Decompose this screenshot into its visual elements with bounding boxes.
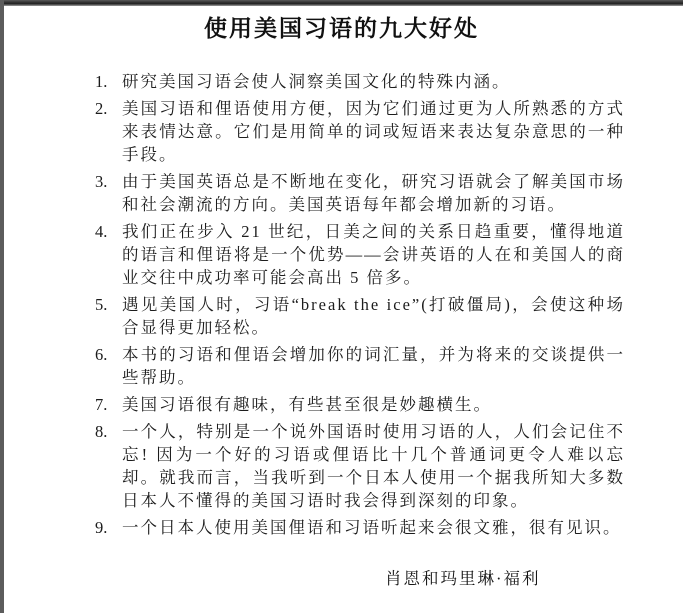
item-number: 3. — [95, 170, 122, 193]
item-number: 8. — [95, 420, 122, 443]
item-text: 遇见美国人时，习语“break the ice”(打破僵局)，会使这种场合显得更… — [122, 293, 625, 339]
item-text: 研究美国习语会使人洞察美国文化的特殊内涵。 — [122, 70, 625, 93]
item-text: 本书的习语和俚语会增加你的词汇量，并为将来的交谈提供一些帮助。 — [122, 343, 625, 389]
list-item: 3. 由于美国英语总是不断地在变化，研究习语就会了解美国市场和社会潮流的方向。美… — [95, 170, 625, 216]
authors-signature: 肖恩和玛里琳·福利 — [385, 565, 683, 589]
item-text: 美国习语很有趣味，有些甚至很是妙趣横生。 — [122, 393, 625, 416]
scan-edge-left — [0, 0, 4, 613]
item-number: 9. — [95, 516, 122, 539]
list-item: 2. 美国习语和俚语使用方便，因为它们通过更为人所熟悉的方式来表情达意。它们是用… — [95, 97, 625, 166]
item-number: 1. — [95, 70, 122, 93]
item-text: 我们正在步入 21 世纪，日美之间的关系日趋重要，懂得地道的语言和俚语将是一个优… — [122, 220, 625, 289]
list-item: 9. 一个日本人使用美国俚语和习语听起来会很文雅，很有见识。 — [95, 516, 625, 539]
item-number: 2. — [95, 97, 122, 120]
item-text: 一个日本人使用美国俚语和习语听起来会很文雅，很有见识。 — [122, 516, 625, 539]
list-item: 8. 一个人，特别是一个说外国语时使用习语的人，人们会记住不忘! 因为一个好的习… — [95, 420, 625, 512]
item-number: 6. — [95, 343, 122, 366]
scan-edge-top — [0, 0, 683, 6]
item-number: 7. — [95, 393, 122, 416]
item-text: 由于美国英语总是不断地在变化，研究习语就会了解美国市场和社会潮流的方向。美国英语… — [122, 170, 625, 216]
list-item: 6. 本书的习语和俚语会增加你的词汇量，并为将来的交谈提供一些帮助。 — [95, 343, 625, 389]
item-text: 美国习语和俚语使用方便，因为它们通过更为人所熟悉的方式来表情达意。它们是用简单的… — [122, 97, 625, 166]
item-text: 一个人，特别是一个说外国语时使用习语的人，人们会记住不忘! 因为一个好的习语或俚… — [122, 420, 625, 512]
benefits-list: 1. 研究美国习语会使人洞察美国文化的特殊内涵。 2. 美国习语和俚语使用方便，… — [95, 70, 625, 539]
list-item: 1. 研究美国习语会使人洞察美国文化的特殊内涵。 — [95, 70, 625, 93]
list-item: 5. 遇见美国人时，习语“break the ice”(打破僵局)，会使这种场合… — [95, 293, 625, 339]
item-number: 4. — [95, 220, 122, 243]
list-item: 7. 美国习语很有趣味，有些甚至很是妙趣横生。 — [95, 393, 625, 416]
item-number: 5. — [95, 293, 122, 316]
scanned-document-page: 使用美国习语的九大好处 1. 研究美国习语会使人洞察美国文化的特殊内涵。 2. … — [0, 0, 683, 613]
list-item: 4. 我们正在步入 21 世纪，日美之间的关系日趋重要，懂得地道的语言和俚语将是… — [95, 220, 625, 289]
page-title: 使用美国习语的九大好处 — [0, 10, 683, 43]
